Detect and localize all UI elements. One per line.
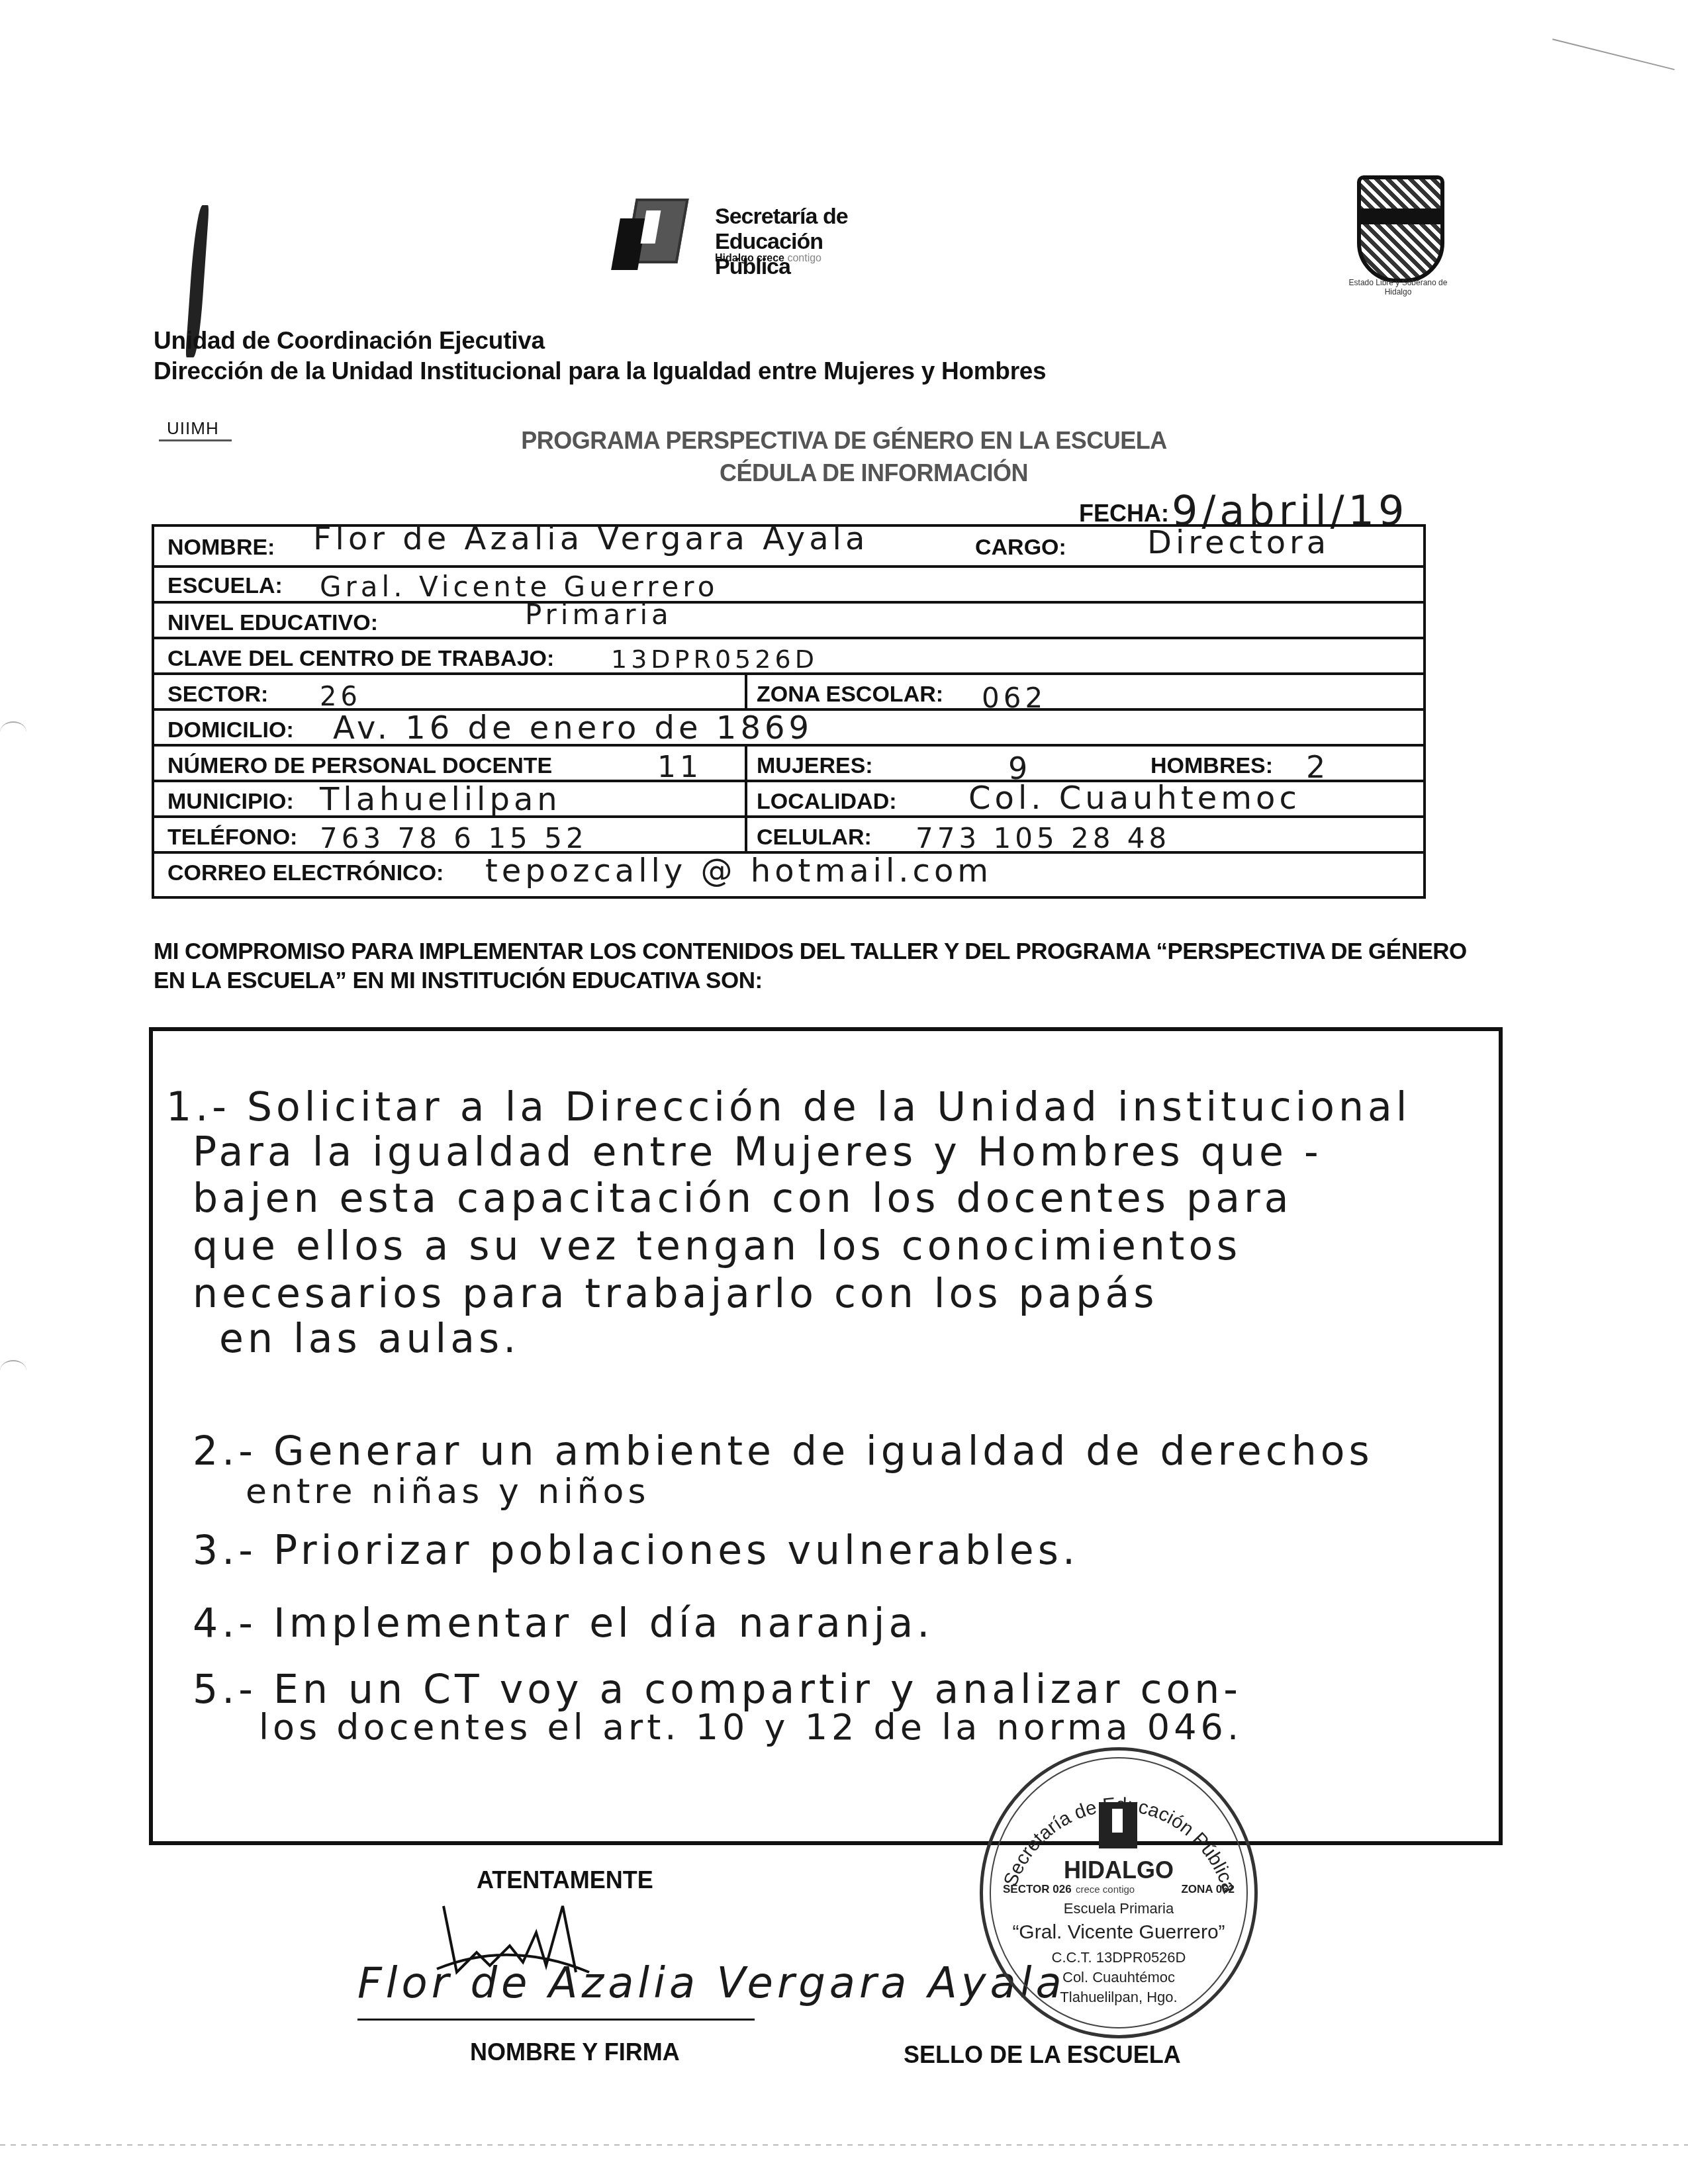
- scan-edge-mark: [1552, 0, 1684, 70]
- sep-logo-line1: Secretaría de: [715, 204, 900, 229]
- scan-bottom-edge: [0, 2144, 1688, 2146]
- row-correo: CORREO ELECTRÓNICO: tepozcally @ hotmail…: [154, 851, 1423, 900]
- personal-label: NÚMERO DE PERSONAL DOCENTE: [167, 753, 552, 779]
- row-domicilio: DOMICILIO: Av. 16 de enero de 1869: [154, 708, 1423, 747]
- cell-divider: [745, 675, 747, 711]
- sep-logo: Secretaría de Educación Pública Hidalgo …: [616, 192, 900, 271]
- signature-name: Flor de Azalia Vergara Ayala: [357, 1959, 1066, 2008]
- commitment-line: en las aulas.: [219, 1316, 520, 1362]
- telefono-value: 763 78 6 15 52: [320, 822, 588, 854]
- sep-logo-title: Secretaría de Educación Pública: [715, 204, 900, 279]
- hombres-label: HOMBRES:: [1150, 753, 1273, 779]
- celular-label: CELULAR:: [757, 825, 872, 850]
- commitment-line: 2.- Generar un ambiente de igualdad de d…: [193, 1428, 1374, 1475]
- localidad-label: LOCALIDAD:: [757, 789, 897, 815]
- school-seal: Secretaría de Educación Pública HIDALGO …: [980, 1747, 1258, 2038]
- row-nombre: NOMBRE: Flor de Azalia Vergara Ayala CAR…: [154, 527, 1423, 565]
- program-subtitle: CÉDULA DE INFORMACIÓN: [0, 459, 1688, 487]
- scan-margin-mark: [0, 721, 26, 743]
- commitment-box: 1.- Solicitar a la Dirección de la Unida…: [149, 1027, 1503, 1845]
- seal-city: Tlahuelilpan, Hgo.: [983, 1989, 1254, 2006]
- atentamente-label: ATENTAMENTE: [477, 1866, 653, 1894]
- clave-label: CLAVE DEL CENTRO DE TRABAJO:: [167, 646, 554, 672]
- commitment-line: necesarios para trabajarlo con los papás: [193, 1271, 1158, 1317]
- row-telefono: TELÉFONO: 763 78 6 15 52 CELULAR: 773 10…: [154, 815, 1423, 854]
- cell-divider: [745, 782, 747, 818]
- telefono-label: TELÉFONO:: [167, 825, 297, 850]
- seal-cct: C.C.T. 13DPR0526D: [983, 1949, 1254, 1966]
- zona-label: ZONA ESCOLAR:: [757, 682, 943, 707]
- sep-seal-icon: [1099, 1802, 1137, 1848]
- cargo-label: CARGO:: [975, 535, 1066, 561]
- signature-line: [357, 2019, 755, 2021]
- crest-band: [1361, 208, 1440, 224]
- fecha-label: FECHA:: [1079, 500, 1169, 527]
- celular-value: 773 105 28 48: [915, 822, 1170, 854]
- crest-caption: Estado Libre y Soberano de Hidalgo: [1346, 278, 1450, 296]
- commitment-line: bajen esta capacitación con los docentes…: [193, 1175, 1292, 1222]
- info-form: NOMBRE: Flor de Azalia Vergara Ayala CAR…: [152, 524, 1426, 899]
- commitment-line: que ellos a su vez tengan los conocimien…: [193, 1223, 1241, 1269]
- row-nivel: NIVEL EDUCATIVO: Primaria: [154, 601, 1423, 639]
- correo-label: CORREO ELECTRÓNICO:: [167, 860, 444, 886]
- nivel-label: NIVEL EDUCATIVO:: [167, 610, 378, 636]
- nombre-firma-label: NOMBRE Y FIRMA: [470, 2038, 680, 2066]
- mujeres-label: MUJERES:: [757, 753, 873, 779]
- seal-sector: SECTOR 026: [1003, 1883, 1072, 1896]
- seal-state: HIDALGO: [983, 1856, 1254, 1884]
- tagline-light: contigo: [787, 253, 821, 264]
- commitment-title: MI COMPROMISO PARA IMPLEMENTAR LOS CONTE…: [154, 938, 1467, 965]
- header-direction: Dirección de la Unidad Institucional par…: [154, 357, 1046, 385]
- commitment-line: Para la igualdad entre Mujeres y Hombres…: [193, 1129, 1323, 1175]
- nombre-label: NOMBRE:: [167, 535, 275, 561]
- municipio-label: MUNICIPIO:: [167, 789, 294, 815]
- header-unit: Unidad de Coordinación Ejecutiva: [154, 327, 545, 355]
- row-personal: NÚMERO DE PERSONAL DOCENTE 11 MUJERES: 9…: [154, 744, 1423, 782]
- seal-colonia: Col. Cuauhtémoc: [983, 1969, 1254, 1986]
- domicilio-value: Av. 16 de enero de 1869: [333, 709, 813, 747]
- commitment-line: 1.- Solicitar a la Dirección de la Unida…: [166, 1084, 1411, 1130]
- scan-margin-mark: [0, 1360, 26, 1381]
- row-clave: CLAVE DEL CENTRO DE TRABAJO: 13DPR0526D: [154, 637, 1423, 675]
- seal-zona: ZONA 062: [1181, 1883, 1235, 1896]
- coat-of-arms-icon: [1357, 175, 1444, 283]
- row-escuela: ESCUELA: Gral. Vicente Guerrero: [154, 565, 1423, 604]
- sello-label: SELLO DE LA ESCUELA: [904, 2041, 1181, 2069]
- localidad-value: Col. Cuauhtemoc: [968, 780, 1301, 817]
- nombre-value: Flor de Azalia Vergara Ayala: [313, 520, 868, 557]
- row-sector: SECTOR: 26 ZONA ESCOLAR: 062: [154, 672, 1423, 711]
- seal-school-type: Escuela Primaria: [983, 1900, 1254, 1917]
- domicilio-label: DOMICILIO:: [167, 717, 294, 743]
- program-title: PROGRAMA PERSPECTIVA DE GÉNERO EN LA ESC…: [0, 427, 1688, 455]
- commitment-line: los docentes el art. 10 y 12 de la norma…: [259, 1706, 1243, 1748]
- commitment-line: 3.- Priorizar poblaciones vulnerables.: [193, 1527, 1079, 1574]
- cargo-value: Directora: [1147, 524, 1330, 561]
- seal-school-name: “Gral. Vicente Guerrero”: [983, 1921, 1254, 1944]
- cell-divider: [745, 818, 747, 854]
- clave-value: 13DPR0526D: [611, 645, 818, 674]
- correo-value: tepozcally @ hotmail.com: [485, 852, 992, 889]
- commitment-line: entre niñas y niños: [246, 1472, 650, 1512]
- commitment-title-cont: EN LA ESCUELA” EN MI INSTITUCIÓN EDUCATI…: [154, 968, 763, 994]
- sep-logo-tagline: Hidalgo crece contigo: [715, 253, 821, 265]
- sep-hidalgo-icon: [616, 199, 682, 270]
- sector-label: SECTOR:: [167, 682, 268, 707]
- uiimh-logo: UIIMH: [152, 165, 245, 285]
- seal-crece: crece contigo: [1076, 1884, 1135, 1895]
- hidalgo-crest-logo: Estado Libre y Soberano de Hidalgo: [1344, 169, 1450, 301]
- row-municipio: MUNICIPIO: Tlahuelilpan LOCALIDAD: Col. …: [154, 780, 1423, 818]
- tagline-bold: Hidalgo crece: [715, 253, 784, 264]
- commitment-line: 4.- Implementar el día naranja.: [193, 1600, 933, 1647]
- municipio-value: Tlahuelilpan: [320, 781, 561, 818]
- escuela-label: ESCUELA:: [167, 573, 283, 599]
- nivel-value: Primaria: [525, 598, 673, 631]
- cell-divider: [745, 747, 747, 782]
